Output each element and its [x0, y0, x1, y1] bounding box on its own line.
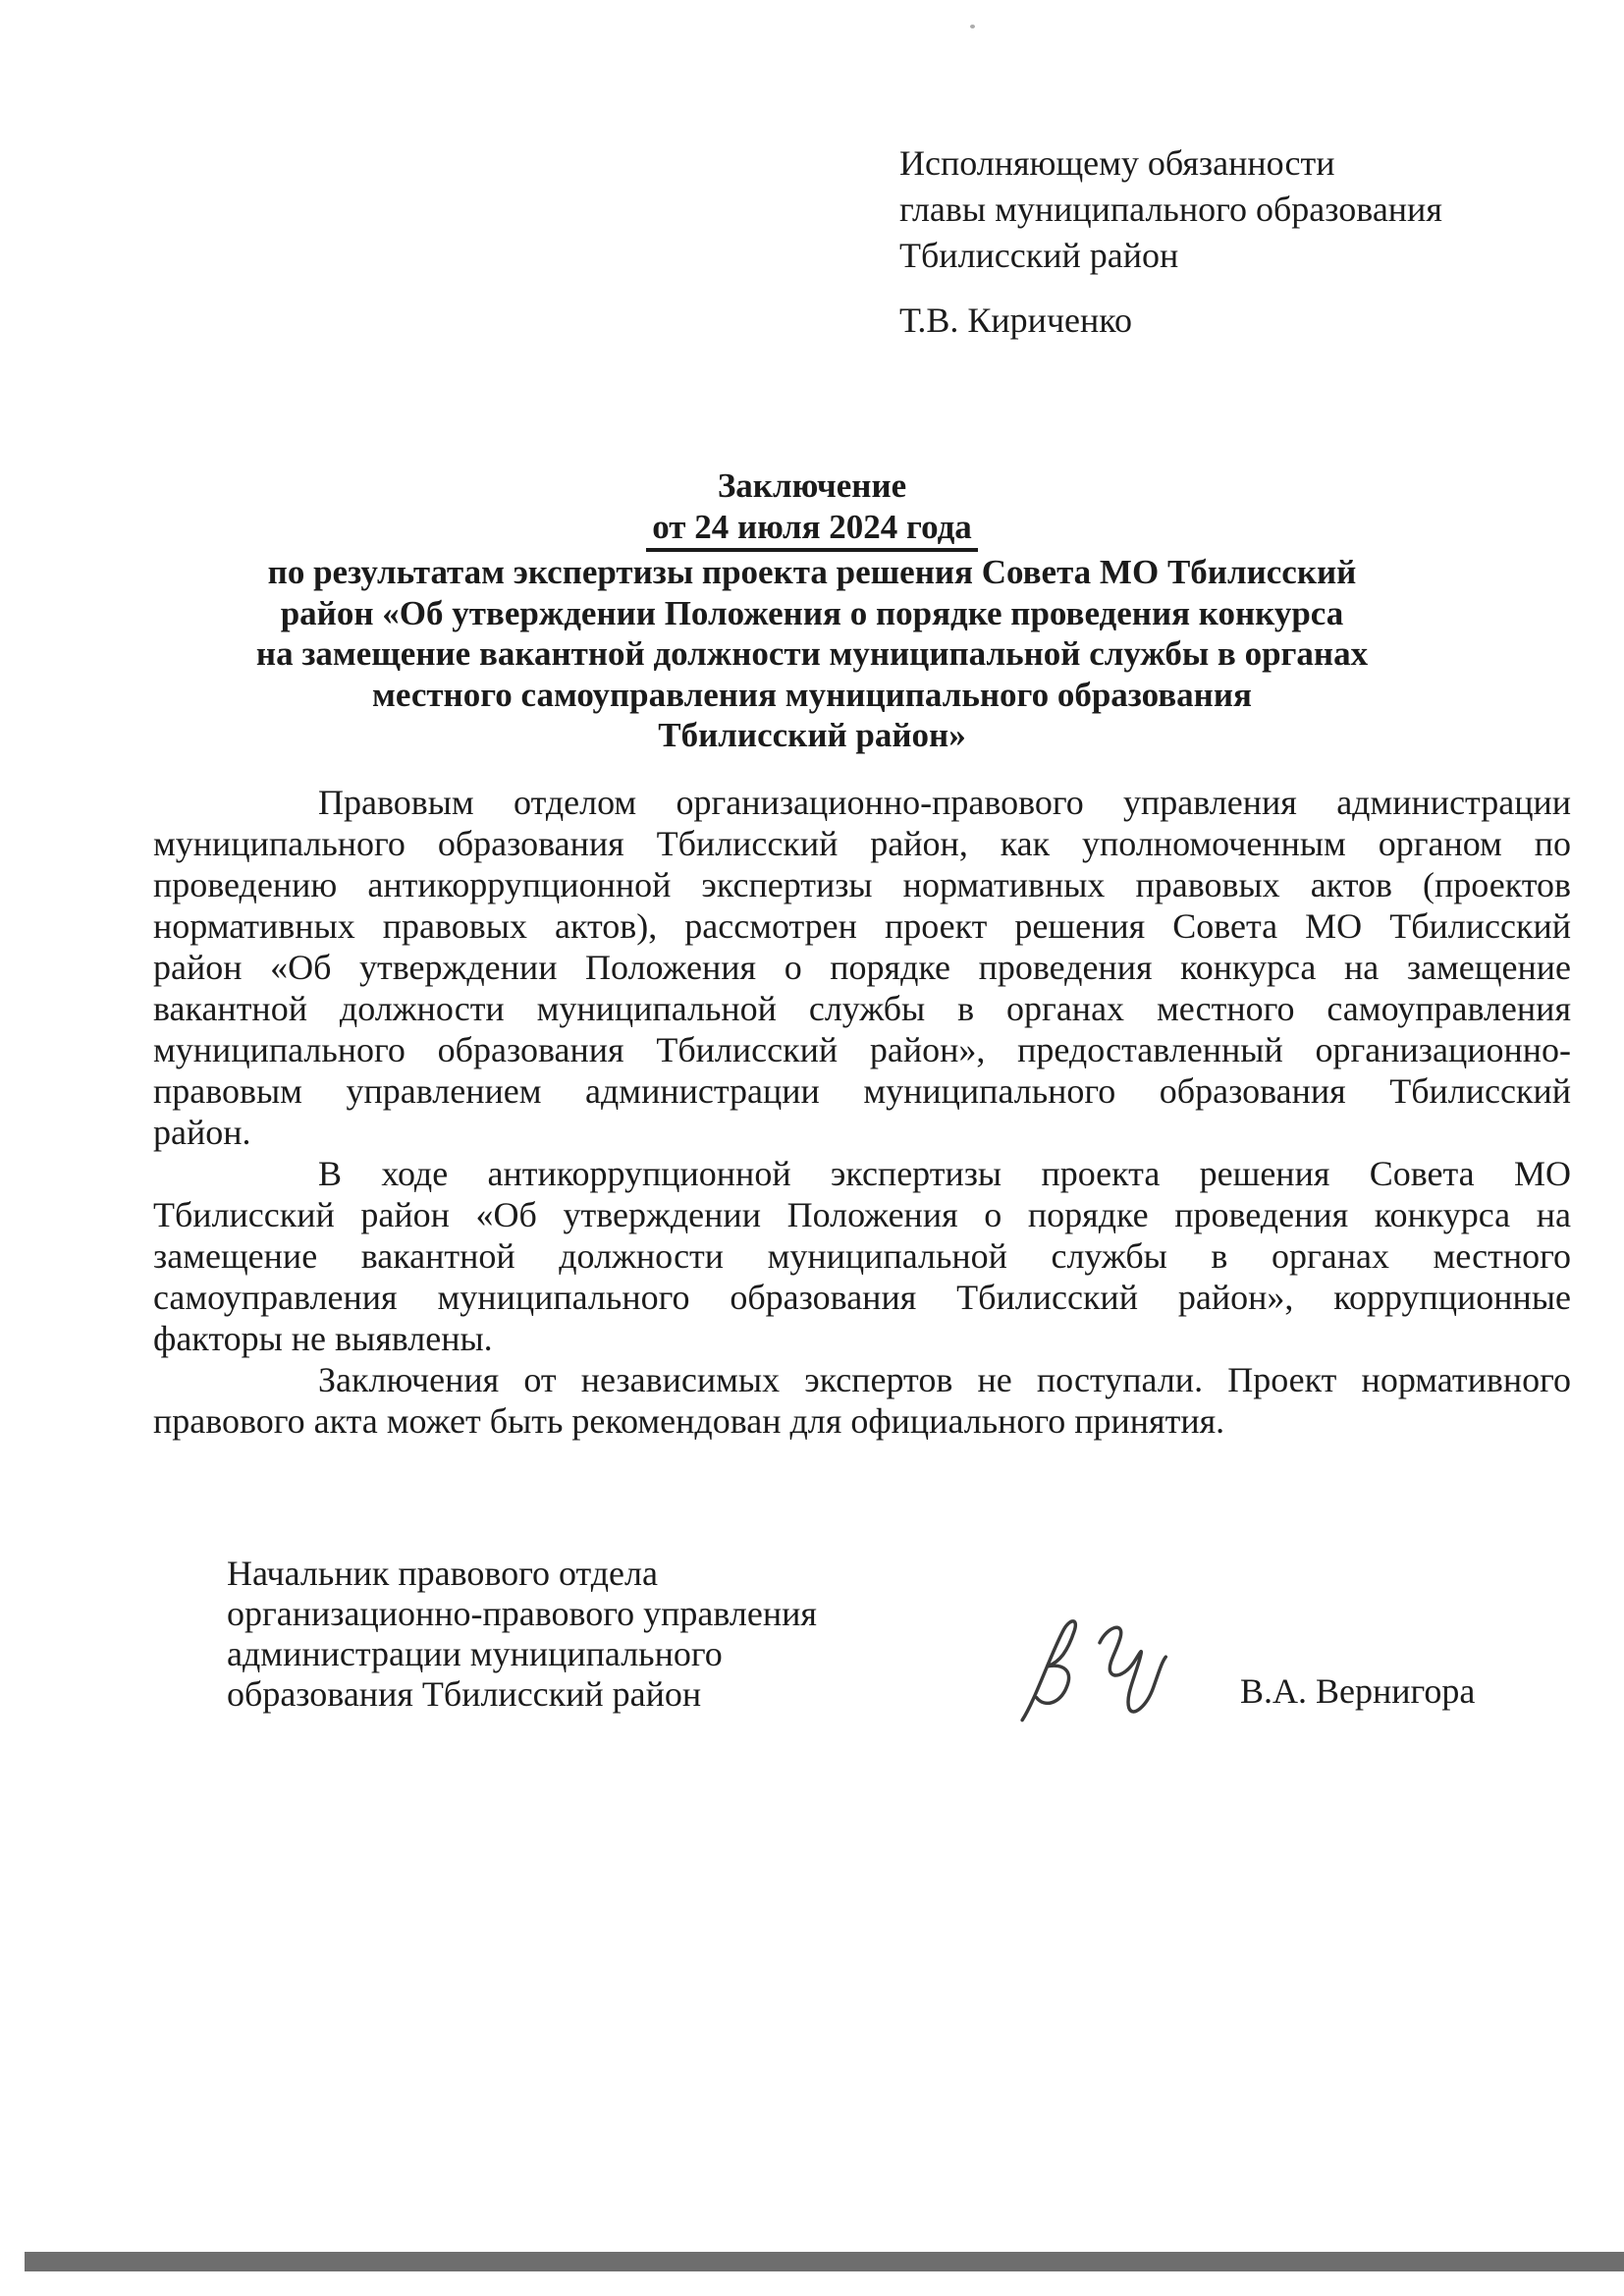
body-line: муниципального образования Тбилисский ра…	[153, 823, 1571, 864]
signatory-position-block: Начальник правового отдела организационн…	[227, 1554, 817, 1715]
addressee-line: главы муниципального образования	[899, 187, 1442, 233]
document-date-text: от 24 июля 2024 года	[646, 507, 978, 553]
signatory-position-line: организационно-правового управления	[227, 1594, 817, 1634]
body-line: факторы не выявлены.	[153, 1318, 1571, 1359]
body-line: проведению антикоррупционной экспертизы …	[153, 864, 1571, 905]
recipient-name: Т.В. Кириченко	[899, 298, 1132, 344]
title-subtitle-line: район «Об утверждении Положения о порядк…	[0, 593, 1624, 634]
body-line: В ходе антикоррупционной экспертизы прое…	[153, 1153, 1571, 1194]
body-line: Тбилисский район «Об утверждении Положен…	[153, 1194, 1571, 1235]
body-line: замещение вакантной должности муниципаль…	[153, 1235, 1571, 1277]
document-title: Заключение	[0, 465, 1624, 507]
body-line: Заключения от независимых экспертов не п…	[153, 1359, 1571, 1400]
body-line: правового акта может быть рекомендован д…	[153, 1400, 1571, 1442]
title-block: Заключение от 24 июля 2024 года по резул…	[0, 465, 1624, 756]
body-line: район.	[153, 1112, 1571, 1153]
title-subtitle-line: на замещение вакантной должности муницип…	[0, 633, 1624, 675]
body-text: Правовым отделом организационно-правовог…	[153, 782, 1571, 1442]
body-line: нормативных правовых актов), рассмотрен …	[153, 905, 1571, 947]
title-subtitle-line: Тбилисский район»	[0, 715, 1624, 756]
body-line: самоуправления муниципального образовани…	[153, 1277, 1571, 1318]
body-line: вакантной должности муниципальной службы…	[153, 988, 1571, 1029]
signatory-position-line: Начальник правового отдела	[227, 1554, 817, 1594]
body-paragraph: Правовым отделом организационно-правовог…	[153, 782, 1571, 1153]
signatory-position-line: образования Тбилисский район	[227, 1674, 817, 1715]
body-line: Правовым отделом организационно-правовог…	[153, 782, 1571, 823]
addressee-block: Исполняющему обязанности главы муниципал…	[899, 140, 1442, 279]
scan-bar-artifact	[25, 2252, 1624, 2271]
handwritten-signature-icon	[1011, 1613, 1188, 1735]
title-subtitle-line: по результатам экспертизы проекта решени…	[0, 552, 1624, 593]
body-line: район «Об утверждении Положения о порядк…	[153, 947, 1571, 988]
title-subtitle-line: местного самоуправления муниципального о…	[0, 675, 1624, 716]
scan-speck-artifact	[970, 25, 975, 28]
body-paragraph: Заключения от независимых экспертов не п…	[153, 1359, 1571, 1442]
document-date-line: от 24 июля 2024 года	[0, 507, 1624, 553]
signatory-position-line: администрации муниципального	[227, 1634, 817, 1674]
signatory-name: В.А. Вернигора	[1240, 1670, 1475, 1712]
addressee-line: Исполняющему обязанности	[899, 140, 1442, 187]
body-line: правовым управлением администрации муниц…	[153, 1070, 1571, 1112]
body-paragraph: В ходе антикоррупционной экспертизы прое…	[153, 1153, 1571, 1359]
addressee-line: Тбилисский район	[899, 233, 1442, 279]
body-line: муниципального образования Тбилисский ра…	[153, 1029, 1571, 1070]
document-page: Исполняющему обязанности главы муниципал…	[0, 0, 1624, 2296]
